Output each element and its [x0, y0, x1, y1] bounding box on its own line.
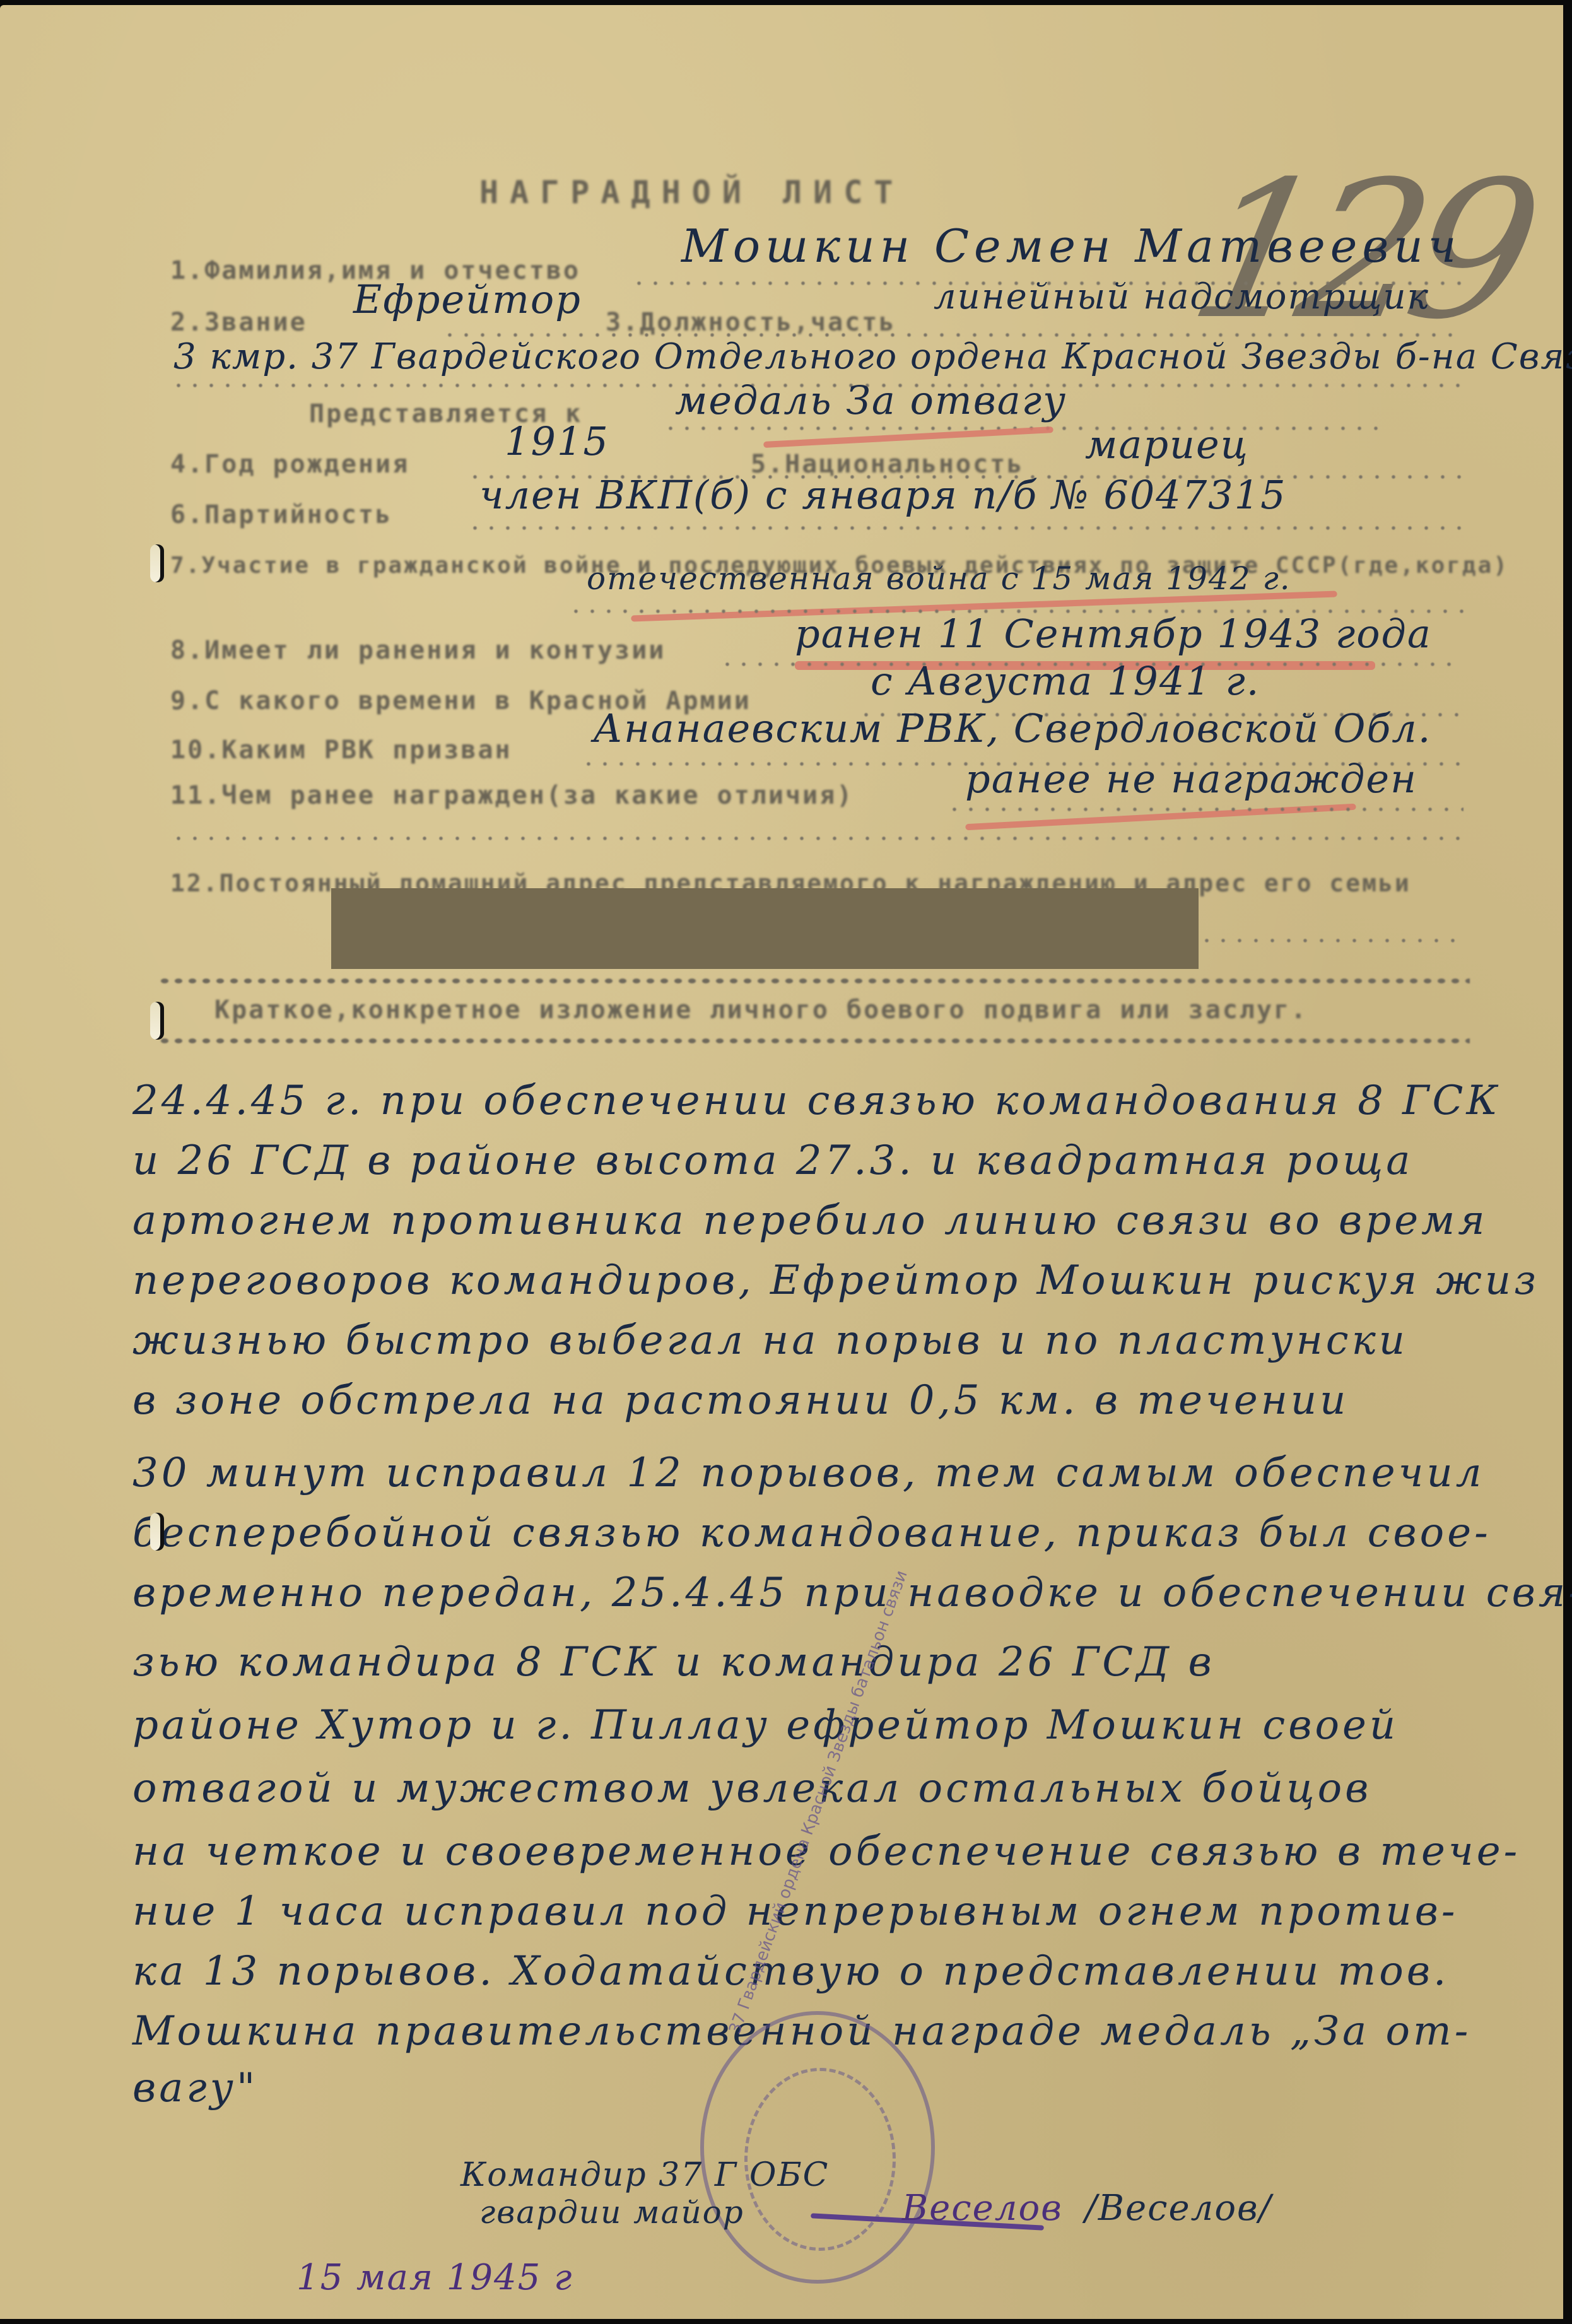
binding-hole: [150, 1513, 164, 1551]
section-border-bottom: [158, 1036, 1470, 1045]
field-8-value: ранен 11 Сентябр 1943 года: [795, 611, 1432, 657]
narrative-line: 30 минут исправил 12 порывов, тем самым …: [132, 1450, 1484, 1496]
narrative-line: артогнем противника перебило линию связи…: [132, 1197, 1488, 1244]
narrative-line: отвагой и мужеством увлекал остальных бо…: [132, 1765, 1371, 1812]
narrative-line: бесперебойной связью командование, прика…: [132, 1510, 1491, 1556]
signer-title-line2: гвардии майор: [479, 2194, 744, 2231]
narrative-line: зью командира 8 ГСК и командира 26 ГСД в: [132, 1639, 1215, 1686]
narrative-line: районе Хутор и г. Пиллау ефрейтор Мошкин…: [132, 1702, 1399, 1749]
document-title: НАГРАДНОЙ ЛИСТ: [479, 174, 904, 211]
field-6-dots: [467, 526, 1463, 530]
redaction-block: [331, 888, 1199, 969]
signer-title-line1: Командир 37 Г ОБС: [460, 2156, 829, 2194]
section-border-top: [158, 977, 1470, 985]
award-sheet-page: НАГРАДНОЙ ЛИСТ 129 1.Фамилия,имя и отчес…: [0, 5, 1563, 2319]
narrative-line: временно передан, 25.4.45 при наводке и …: [132, 1570, 1572, 1616]
field-7-value: отечественная война с 15 мая 1942 г.: [587, 560, 1291, 597]
narrative-line: жизнью быстро выбегал на порыв и по плас…: [132, 1317, 1408, 1364]
field-1-value: Мошкин Семен Матвеевич: [681, 220, 1461, 273]
presented-value: медаль За отвагу: [675, 377, 1067, 423]
signature-date: 15 мая 1945 г: [296, 2257, 573, 2298]
narrative-line: на четкое и своевременное обеспечение св…: [132, 1828, 1520, 1875]
field-4-label: 4.Год рождения: [170, 450, 409, 479]
binding-hole: [150, 544, 164, 582]
field-10-label: 10.Каким РВК призван: [170, 736, 512, 765]
field-11-label: 11.Чем ранее награжден(за какие отличия): [170, 781, 853, 810]
narrative-line: ка 13 порывов. Ходатайствую о представле…: [132, 1948, 1449, 1995]
signer-name: /Веселов/: [1085, 2188, 1272, 2229]
narrative-line: переговоров командиров, Ефрейтор Мошкин …: [132, 1257, 1539, 1304]
field-3-value: линейный надсмотрщик: [934, 276, 1429, 317]
narrative-line: 24.4.45 г. при обеспечении связью команд…: [132, 1077, 1501, 1124]
field-11-value: ранее не награжден: [965, 756, 1417, 802]
field-3-value-line2: 3 кмр. 37 Гвардейского Отдельного ордена…: [173, 336, 1572, 377]
binding-hole: [150, 1002, 164, 1040]
field-5-value: мариец: [1085, 421, 1249, 467]
field-2-label: 2.Звание: [170, 308, 307, 337]
separator-dots: [170, 836, 1463, 840]
field-8-label: 8.Имеет ли ранения и контузии: [170, 636, 666, 665]
narrative-line: в зоне обстрела на растоянии 0,5 км. в т…: [132, 1377, 1349, 1424]
section-heading: Краткое,конкретное изложение личного бое…: [214, 995, 1308, 1024]
signature-scrawl: Веселов: [902, 2188, 1063, 2229]
field-12-dots: [1199, 939, 1463, 942]
field-4-value: 1915: [505, 418, 609, 464]
field-6-label: 6.Партийность: [170, 500, 392, 529]
narrative-line: и 26 ГСД в районе высота 27.3. и квадрат…: [132, 1137, 1413, 1184]
field-9-value: с Августа 1941 г.: [871, 658, 1260, 704]
narrative-line: вагу": [132, 2065, 258, 2111]
narrative-line: ние 1 часа исправил под непрерывным огне…: [132, 1888, 1458, 1935]
field-2-value: Ефрейтор: [353, 276, 582, 322]
field-6-value: член ВКП(б) с января п/б № 6047315: [479, 472, 1287, 518]
field-11-dots: [946, 807, 1463, 811]
field-10-value: Ананаевским РВК, Свердловской Обл.: [593, 705, 1431, 751]
